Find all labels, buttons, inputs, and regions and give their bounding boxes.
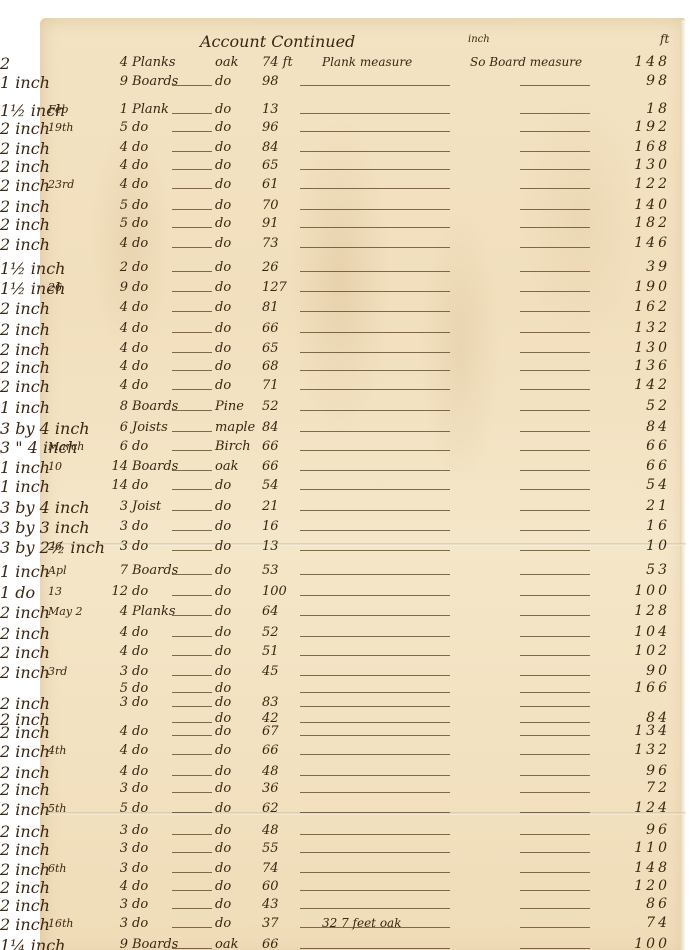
wood-type: oak xyxy=(215,937,238,950)
thickness: 2 inch xyxy=(0,176,50,195)
wood-type: do xyxy=(215,861,231,876)
board-feet: 146 xyxy=(592,235,670,251)
ruled-line xyxy=(172,247,212,248)
board-feet: 162 xyxy=(592,299,670,315)
thickness: 2 inch xyxy=(0,603,50,622)
item-name: do xyxy=(132,177,148,192)
ledger-row: 1014Boardsoak661 inch66 xyxy=(0,458,690,478)
board-feet: 96 xyxy=(592,822,670,838)
item-name: do xyxy=(132,280,148,295)
length-feet: 61 xyxy=(262,177,279,192)
ruled-line xyxy=(300,948,450,949)
item-name: do xyxy=(132,724,148,739)
quantity: 9 xyxy=(102,280,128,295)
board-feet: 102 xyxy=(592,643,670,659)
wood-type: do xyxy=(215,216,231,231)
wood-type: do xyxy=(215,879,231,894)
board-feet: 96 xyxy=(592,763,670,779)
ledger-row: 8BoardsPine521 inch52 xyxy=(0,398,690,418)
entry-date: 10 xyxy=(48,460,62,473)
ruled-line xyxy=(300,636,450,637)
length-feet: 52 xyxy=(262,399,279,414)
board-feet: 16 xyxy=(592,518,670,534)
quantity: 4 xyxy=(102,743,128,758)
ruled-line xyxy=(172,169,212,170)
item-name: do xyxy=(132,644,148,659)
thickness: 2 inch xyxy=(0,643,50,662)
wood-type: do xyxy=(215,539,231,554)
feet-column-header: ft xyxy=(660,32,669,46)
ruled-line xyxy=(520,636,590,637)
board-feet: 72 xyxy=(592,780,670,796)
ruled-line xyxy=(520,470,590,471)
ruled-line xyxy=(520,352,590,353)
thickness: 2 inch xyxy=(0,624,50,643)
ruled-line xyxy=(300,550,450,551)
length-feet: 66 xyxy=(262,439,279,454)
wood-type: do xyxy=(215,563,231,578)
wood-type: maple xyxy=(215,420,255,435)
thickness: 3 by 4 inch xyxy=(0,419,90,438)
wood-type: do xyxy=(215,664,231,679)
quantity: 4 xyxy=(102,625,128,640)
board-feet: 110 xyxy=(592,840,670,856)
ruled-line xyxy=(520,595,590,596)
ruled-line xyxy=(172,188,212,189)
ruled-line xyxy=(520,389,590,390)
board-feet: 124 xyxy=(592,800,670,816)
board-feet: 74 xyxy=(592,915,670,931)
item-name: Planks xyxy=(132,604,176,619)
quantity: 3 xyxy=(102,539,128,554)
quantity: 9 xyxy=(102,74,128,89)
ruled-line xyxy=(520,227,590,228)
quantity: 14 xyxy=(102,459,128,474)
ruled-line xyxy=(172,636,212,637)
item-name: do xyxy=(132,359,148,374)
ruled-line xyxy=(172,655,212,656)
board-feet: 54 xyxy=(592,477,670,493)
board-feet: 52 xyxy=(592,398,670,414)
ledger-row: 19th5dodo962 inch192 xyxy=(0,119,690,139)
entry-date: 3rd xyxy=(48,665,67,678)
item-name: Joists xyxy=(132,420,168,435)
ruled-line xyxy=(172,332,212,333)
ruled-line xyxy=(172,131,212,132)
length-feet: 48 xyxy=(262,764,279,779)
thickness: 2 inch xyxy=(0,822,50,841)
item-name: do xyxy=(132,519,148,534)
board-feet: 130 xyxy=(592,157,670,173)
length-feet: 73 xyxy=(262,236,279,251)
wood-type: do xyxy=(215,140,231,155)
ruled-line xyxy=(300,792,450,793)
wood-type: do xyxy=(215,74,231,89)
length-feet: 51 xyxy=(262,644,279,659)
wood-type: do xyxy=(215,801,231,816)
ruled-line xyxy=(520,332,590,333)
ledger-row: 5dodo912 inch182 xyxy=(0,215,690,235)
ruled-line xyxy=(520,169,590,170)
thickness: 2 inch xyxy=(0,358,50,377)
item-name: do xyxy=(132,764,148,779)
quantity: 3 xyxy=(102,781,128,796)
quantity: 5 xyxy=(102,198,128,213)
wood-type: do xyxy=(215,300,231,315)
ruled-line xyxy=(520,908,590,909)
ruled-line xyxy=(520,655,590,656)
length-feet: 36 xyxy=(262,781,279,796)
wood-type: do xyxy=(215,823,231,838)
length-feet: 13 xyxy=(262,102,279,117)
wood-type: do xyxy=(215,897,231,912)
ruled-line xyxy=(300,692,450,693)
length-feet: 68 xyxy=(262,359,279,374)
quantity: 4 xyxy=(102,236,128,251)
length-feet: 66 xyxy=(262,743,279,758)
ruled-line xyxy=(520,131,590,132)
thickness: 1¼ inch xyxy=(0,936,65,950)
ruled-line xyxy=(172,352,212,353)
length-feet: 127 xyxy=(262,280,287,295)
ledger-row: 3dodo163 by 3 inch16 xyxy=(0,518,690,538)
ruled-line xyxy=(300,209,450,210)
board-feet: 18 xyxy=(592,101,670,117)
thickness: 1 inch xyxy=(0,562,50,581)
item-name: do xyxy=(132,539,148,554)
wood-type: do xyxy=(215,916,231,931)
quantity: 5 xyxy=(102,801,128,816)
ruled-line xyxy=(520,812,590,813)
ruled-line xyxy=(172,948,212,949)
ledger-row: 263dodo133 by 2½ inch10 xyxy=(0,538,690,558)
board-feet: 122 xyxy=(592,176,670,192)
quantity: 4 xyxy=(102,55,128,70)
board-feet: 148 xyxy=(592,860,670,876)
quantity: 4 xyxy=(102,321,128,336)
ruled-line xyxy=(520,872,590,873)
ledger-row: 4dodo652 inch130 xyxy=(0,157,690,177)
wood-type: oak xyxy=(215,55,238,70)
length-feet: 66 xyxy=(262,937,279,950)
quantity: 3 xyxy=(102,916,128,931)
length-feet: 26 xyxy=(262,260,279,275)
wood-type: do xyxy=(215,198,231,213)
ruled-line xyxy=(172,370,212,371)
thickness: 1 inch xyxy=(0,73,50,92)
ledger-row: 4Planksoak74 ftPlank measure2148So Board… xyxy=(0,54,690,74)
quantity: 4 xyxy=(102,158,128,173)
ledger-row: 4dodo652 inch130 xyxy=(0,340,690,360)
board-feet: 100 xyxy=(592,583,670,599)
board-feet: 192 xyxy=(592,119,670,135)
ruled-line xyxy=(300,754,450,755)
item-name: Boards xyxy=(132,563,178,578)
ledger-row: 14dodo541 inch54 xyxy=(0,477,690,497)
ruled-line xyxy=(300,735,450,736)
ruled-line xyxy=(520,852,590,853)
board-feet: 100 xyxy=(592,936,670,950)
ruled-line xyxy=(300,812,450,813)
wood-type: do xyxy=(215,625,231,640)
item-name: do xyxy=(132,879,148,894)
item-name: do xyxy=(132,801,148,816)
ruled-line xyxy=(520,271,590,272)
ruled-line xyxy=(300,574,450,575)
item-name: do xyxy=(132,158,148,173)
ledger-row: 9Boardsoak661¼ inch100 xyxy=(0,936,690,950)
wood-type: do xyxy=(215,724,231,739)
ruled-line xyxy=(520,692,590,693)
thickness: 2 inch xyxy=(0,800,50,819)
thickness: 2 inch xyxy=(0,742,50,761)
entry-date: 5th xyxy=(48,802,67,815)
ruled-line xyxy=(300,908,450,909)
length-feet: 66 xyxy=(262,321,279,336)
ruled-line xyxy=(520,927,590,928)
thickness: 2 inch xyxy=(0,860,50,879)
board-feet: 190 xyxy=(592,279,670,295)
ledger-row: 269dodo1271½ inch190 xyxy=(0,279,690,299)
ledger-row: May 24Planksdo642 inch128 xyxy=(0,603,690,623)
board-feet: 128 xyxy=(592,603,670,619)
item-name: do xyxy=(132,743,148,758)
ruled-line xyxy=(172,85,212,86)
ruled-line xyxy=(172,271,212,272)
item-name: do xyxy=(132,120,148,135)
ruled-line xyxy=(300,291,450,292)
thickness: 2 inch xyxy=(0,119,50,138)
ruled-line xyxy=(300,489,450,490)
ruled-line xyxy=(300,675,450,676)
thickness: 2 inch xyxy=(0,235,50,254)
length-feet: 54 xyxy=(262,478,279,493)
ruled-line xyxy=(300,852,450,853)
thickness: 3 by 2½ inch xyxy=(0,538,105,557)
quantity: 8 xyxy=(102,399,128,414)
entry-date: 6th xyxy=(48,862,67,875)
wood-type: do xyxy=(215,120,231,135)
ledger-row: Apl7Boardsdo531 inch53 xyxy=(0,562,690,582)
ruled-line xyxy=(520,530,590,531)
length-feet: 64 xyxy=(262,604,279,619)
thickness: 2 inch xyxy=(0,299,50,318)
entry-date: 4th xyxy=(48,744,67,757)
length-feet: 84 xyxy=(262,420,279,435)
quantity: 3 xyxy=(102,499,128,514)
quantity: 12 xyxy=(102,584,128,599)
length-feet: 55 xyxy=(262,841,279,856)
thickness-column-header: inch xyxy=(468,34,490,45)
thickness: 1½ inch xyxy=(0,101,65,120)
ruled-line xyxy=(172,692,212,693)
ruled-line xyxy=(300,775,450,776)
page-title: Account Continued xyxy=(200,32,355,51)
ruled-line xyxy=(300,615,450,616)
wood-type: do xyxy=(215,280,231,295)
board-feet: 66 xyxy=(592,458,670,474)
ruled-line xyxy=(520,113,590,114)
item-name: Plank xyxy=(132,102,169,117)
ruled-line xyxy=(520,151,590,152)
ruled-line xyxy=(520,450,590,451)
item-name: do xyxy=(132,823,148,838)
ruled-line xyxy=(300,332,450,333)
length-feet: 66 xyxy=(262,459,279,474)
ruled-line xyxy=(300,410,450,411)
item-name: do xyxy=(132,781,148,796)
quantity: 3 xyxy=(102,664,128,679)
ledger-row: 16th3dodo3732 7 feet oak2 inch74 xyxy=(0,915,690,935)
ruled-line xyxy=(172,615,212,616)
ledger-row: 5dodo702 inch140 xyxy=(0,197,690,217)
board-feet: 168 xyxy=(592,139,670,155)
ledger-row: 23rd4dodo612 inch122 xyxy=(0,176,690,196)
item-name: do xyxy=(132,300,148,315)
length-feet: 37 xyxy=(262,916,279,931)
ledger-row: 4dodo842 inch168 xyxy=(0,139,690,159)
board-feet: 140 xyxy=(592,197,670,213)
quantity: 3 xyxy=(102,897,128,912)
length-feet: 21 xyxy=(262,499,279,514)
entry-date: 13 xyxy=(48,585,62,598)
ruled-line xyxy=(172,792,212,793)
board-feet: 104 xyxy=(592,624,670,640)
wood-type: oak xyxy=(215,459,238,474)
item-name: do xyxy=(132,439,148,454)
ruled-line xyxy=(172,890,212,891)
length-feet: 52 xyxy=(262,625,279,640)
ruled-line xyxy=(520,615,590,616)
length-feet: 53 xyxy=(262,563,279,578)
ruled-line xyxy=(300,595,450,596)
thickness: 2 inch xyxy=(0,340,50,359)
quantity: 4 xyxy=(102,300,128,315)
ruled-line xyxy=(172,754,212,755)
board-feet: 86 xyxy=(592,896,670,912)
ruled-line xyxy=(300,431,450,432)
thickness: 2 inch xyxy=(0,840,50,859)
board-feet: 182 xyxy=(592,215,670,231)
length-feet: 71 xyxy=(262,378,279,393)
quantity: 4 xyxy=(102,644,128,659)
ledger-row: 9Boardsdo981 inch98 xyxy=(0,73,690,93)
ledger-row: 4dodo602 inch120 xyxy=(0,878,690,898)
ruled-line xyxy=(300,470,450,471)
board-feet: 98 xyxy=(592,73,670,89)
quantity: 3 xyxy=(102,841,128,856)
ruled-line xyxy=(520,431,590,432)
length-feet: 74 xyxy=(262,861,279,876)
ruled-line xyxy=(300,131,450,132)
ledger-row: 3dodo552 inch110 xyxy=(0,840,690,860)
thickness: 2 inch xyxy=(0,878,50,897)
ruled-line xyxy=(300,655,450,656)
item-name: do xyxy=(132,216,148,231)
ruled-line xyxy=(520,754,590,755)
board-feet: 130 xyxy=(592,340,670,356)
ruled-line xyxy=(520,489,590,490)
item-name: do xyxy=(132,861,148,876)
wood-type: do xyxy=(215,781,231,796)
ledger-row: 3dodo432 inch86 xyxy=(0,896,690,916)
wood-type: do xyxy=(215,341,231,356)
quantity: 4 xyxy=(102,378,128,393)
ruled-line xyxy=(172,834,212,835)
thickness: 1 inch xyxy=(0,458,50,477)
ledger-row: 4dodo682 inch136 xyxy=(0,358,690,378)
ruled-line xyxy=(520,291,590,292)
ruled-line xyxy=(300,927,450,928)
thickness: 2 inch xyxy=(0,215,50,234)
item-name: Planks xyxy=(132,55,176,70)
length-feet: 91 xyxy=(262,216,279,231)
wood-type: do xyxy=(215,519,231,534)
wood-type: do xyxy=(215,177,231,192)
ledger-row: 4dodo732 inch146 xyxy=(0,235,690,255)
ruled-line xyxy=(172,775,212,776)
ruled-line xyxy=(172,706,212,707)
wood-type: Pine xyxy=(215,399,244,414)
ruled-line xyxy=(172,595,212,596)
board-feet: 66 xyxy=(592,438,670,454)
item-name: do xyxy=(132,321,148,336)
wood-type: do xyxy=(215,604,231,619)
quantity: 7 xyxy=(102,563,128,578)
board-feet: 142 xyxy=(592,377,670,393)
ledger-row: 4dodo672 inch134 xyxy=(0,723,690,743)
ruled-line xyxy=(172,812,212,813)
ruled-line xyxy=(172,113,212,114)
ruled-line xyxy=(520,550,590,551)
ledger-row: Feb1Plankdo131½ inch18 xyxy=(0,101,690,121)
wood-type: do xyxy=(215,841,231,856)
board-feet: 134 xyxy=(592,723,670,739)
quantity: 6 xyxy=(102,439,128,454)
length-feet: 70 xyxy=(262,198,279,213)
ruled-line xyxy=(520,370,590,371)
quantity: 14 xyxy=(102,478,128,493)
ledger-row: 3dodo482 inch96 xyxy=(0,822,690,842)
ruled-line xyxy=(520,85,590,86)
ruled-line xyxy=(172,927,212,928)
ruled-line xyxy=(520,890,590,891)
board-feet: 53 xyxy=(592,562,670,578)
board-feet: 120 xyxy=(592,878,670,894)
ruled-line xyxy=(172,550,212,551)
wood-type: do xyxy=(215,102,231,117)
ruled-line xyxy=(520,706,590,707)
length-feet: 96 xyxy=(262,120,279,135)
wood-type: do xyxy=(215,321,231,336)
ruled-line xyxy=(520,735,590,736)
thickness: 2 inch xyxy=(0,139,50,158)
ruled-line xyxy=(520,675,590,676)
board-feet: 90 xyxy=(592,663,670,679)
board-feet: 84 xyxy=(592,419,670,435)
wood-type: Birch xyxy=(215,439,251,454)
length-feet: 45 xyxy=(262,664,279,679)
length-feet: 65 xyxy=(262,158,279,173)
item-name: do xyxy=(132,916,148,931)
ruled-line xyxy=(172,431,212,432)
ruled-line xyxy=(300,450,450,451)
ruled-line xyxy=(172,510,212,511)
ledger-row: 4dodo522 inch104 xyxy=(0,624,690,644)
ruled-line xyxy=(300,370,450,371)
entry-date: 23rd xyxy=(48,178,74,191)
item-name: Boards xyxy=(132,459,178,474)
